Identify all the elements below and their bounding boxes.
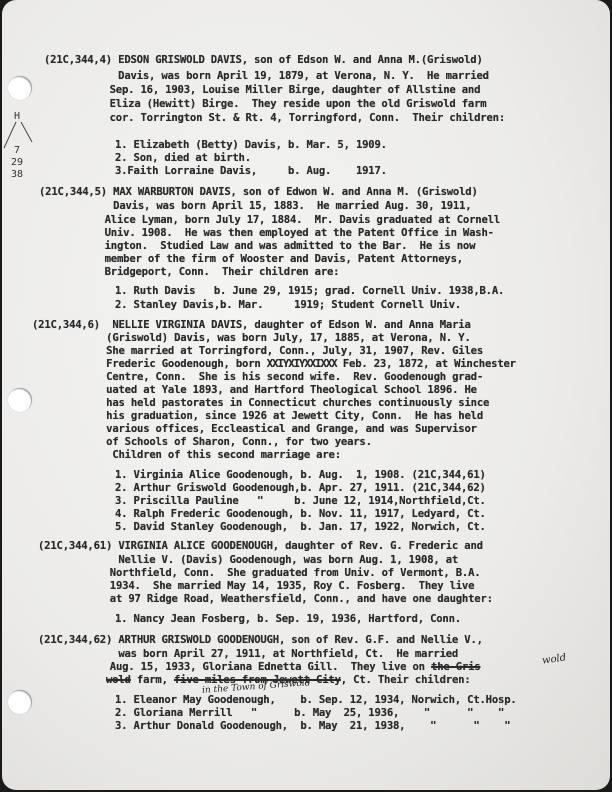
- child-item: 2. Arthur Griswold Goodenough,b. Apr. 27…: [115, 482, 486, 494]
- struck-text: wold: [106, 674, 131, 686]
- entry-line: Frederic Goodenough, born XXIYXIYXXIXXX …: [32, 358, 516, 370]
- entry-line: (21C,344,62) ARTHUR GRISWOLD GOODENOUGH,…: [38, 634, 483, 646]
- document-page: H 7 29 38 (21C,344,4) EDSON GRISWOLD DAV…: [2, 0, 610, 790]
- entry-line: Aug. 15, 1933, Gloriana Ednetta Gill. Th…: [48, 661, 480, 673]
- margin-number-1: 7: [14, 145, 20, 157]
- entry-line: was born April 27, 1911, at Northfield, …: [38, 648, 458, 660]
- child-item: 1. Elizabeth (Betty) Davis, b. Mar. 5, 1…: [115, 139, 387, 151]
- line-text: Frederic Goodenough, born: [32, 358, 267, 370]
- line-text: , Ct. Their children:: [341, 674, 471, 686]
- child-item: 2. Son, died at birth.: [115, 152, 251, 164]
- line-text: Feb. 23, 1872, at Winchester: [337, 358, 516, 370]
- margin-number-3: 38: [11, 169, 23, 181]
- entry-line: various offices, Eccleastical and Grange…: [32, 423, 477, 435]
- child-item: 3. Priscilla Pauline " b. June 12, 1914,…: [115, 495, 486, 507]
- entry-line: has held pastorates in Connecticut churc…: [32, 397, 489, 409]
- line-text: farm,: [131, 674, 174, 686]
- entry-line: Univ. 1908. He was then employed at the …: [49, 227, 494, 239]
- entry-line: Sep. 16, 1903, Louise Miller Birge, daug…: [54, 84, 480, 96]
- entry-line: member of the firm of Wooster and Davis,…: [49, 253, 463, 265]
- child-item: 1. Eleanor May Goodenough, b. Sep. 12, 1…: [115, 694, 517, 706]
- child-item: 1. Nancy Jean Fosberg, b. Sep. 19, 1936,…: [115, 613, 461, 625]
- entry-line: She married at Torringford, Conn., July,…: [32, 345, 483, 357]
- entry-line: Davis, was born April 15, 1883. He marri…: [39, 200, 471, 212]
- entry-line: (21C,344,4) EDSON GRISWOLD DAVIS, son of…: [44, 54, 483, 66]
- line-text: Aug. 15, 1933, Gloriana Ednetta Gill. Th…: [48, 661, 431, 673]
- entry-line: Alice Lyman, born July 17, 1884. Mr. Dav…: [49, 214, 500, 226]
- handwritten-tail: wold: [541, 652, 566, 666]
- entry-line: Centre, Conn. She is his second wife. Re…: [32, 371, 483, 383]
- punch-hole-bottom: [8, 690, 32, 714]
- punch-hole-middle: [8, 388, 32, 412]
- entry-line: Northfield, Conn. She graduated from Uni…: [48, 567, 480, 579]
- entry-line: ington. Studied Law and was admitted to …: [49, 240, 475, 252]
- child-item: 4. Ralph Frederic Goodenough, b. Nov. 11…: [115, 508, 486, 520]
- margin-number-2: 29: [11, 157, 23, 169]
- child-item: 3. Arthur Donald Goodenough, b. May 21, …: [115, 720, 510, 732]
- child-item: 2. Stanley Davis,b. Mar. 1919; Student C…: [115, 299, 461, 311]
- entry-line: of Schools of Sharon, Conn., for two yea…: [32, 436, 372, 448]
- typed-strikeout: XXIYXIYXXIXXX: [267, 358, 337, 370]
- child-item: 2. Gloriana Merrill " b. May 25, 1936, "…: [115, 707, 504, 719]
- entry-line: Eliza (Hewitt) Birge. They reside upon t…: [54, 98, 486, 110]
- entry-line: (21C,344,6) NELLIE VIRGINIA DAVIS, daugh…: [32, 319, 471, 331]
- entry-line: (Griswold) Davis, was born July, 17, 188…: [32, 332, 471, 344]
- child-item: 5. David Stanley Goodenough, b. Jan. 17,…: [115, 521, 486, 533]
- entry-line: his graduation, since 1926 at Jewett Cit…: [32, 410, 483, 422]
- child-item: 3.Faith Lorraine Davis, b. Aug. 1917.: [115, 165, 387, 177]
- punch-hole-top: [8, 76, 32, 100]
- entry-line: Bridgeport, Conn. Their children are:: [49, 266, 339, 278]
- struck-text: the Gris: [431, 661, 480, 673]
- entry-line: cor. Torrington St. & Rt. 4, Torringford…: [54, 112, 505, 124]
- entry-line: Davis, was born April 19, 1879, at Veron…: [44, 70, 489, 82]
- entry-line: Nellie V. (Davis) Goodenough, was born A…: [38, 554, 458, 566]
- entry-line: (21C,344,5) MAX WARBURTON DAVIS, son of …: [39, 186, 478, 198]
- entry-line: uated at Yale 1893, and Hartford Theolog…: [32, 384, 477, 396]
- entry-line: (21C,344,61) VIRGINIA ALICE GOODENOUGH, …: [38, 540, 483, 552]
- child-item: 1. Virginia Alice Goodenough, b. Aug. 1,…: [115, 469, 486, 481]
- entry-line: at 97 Ridge Road, Weathersfield, Conn., …: [48, 593, 493, 605]
- entry-line: 1934. She married May 14, 1935, Roy C. F…: [48, 580, 474, 592]
- entry-line: Children of this second marriage are:: [32, 449, 341, 461]
- child-item: 1. Ruth Davis b. June 29, 1915; grad. Co…: [115, 285, 504, 297]
